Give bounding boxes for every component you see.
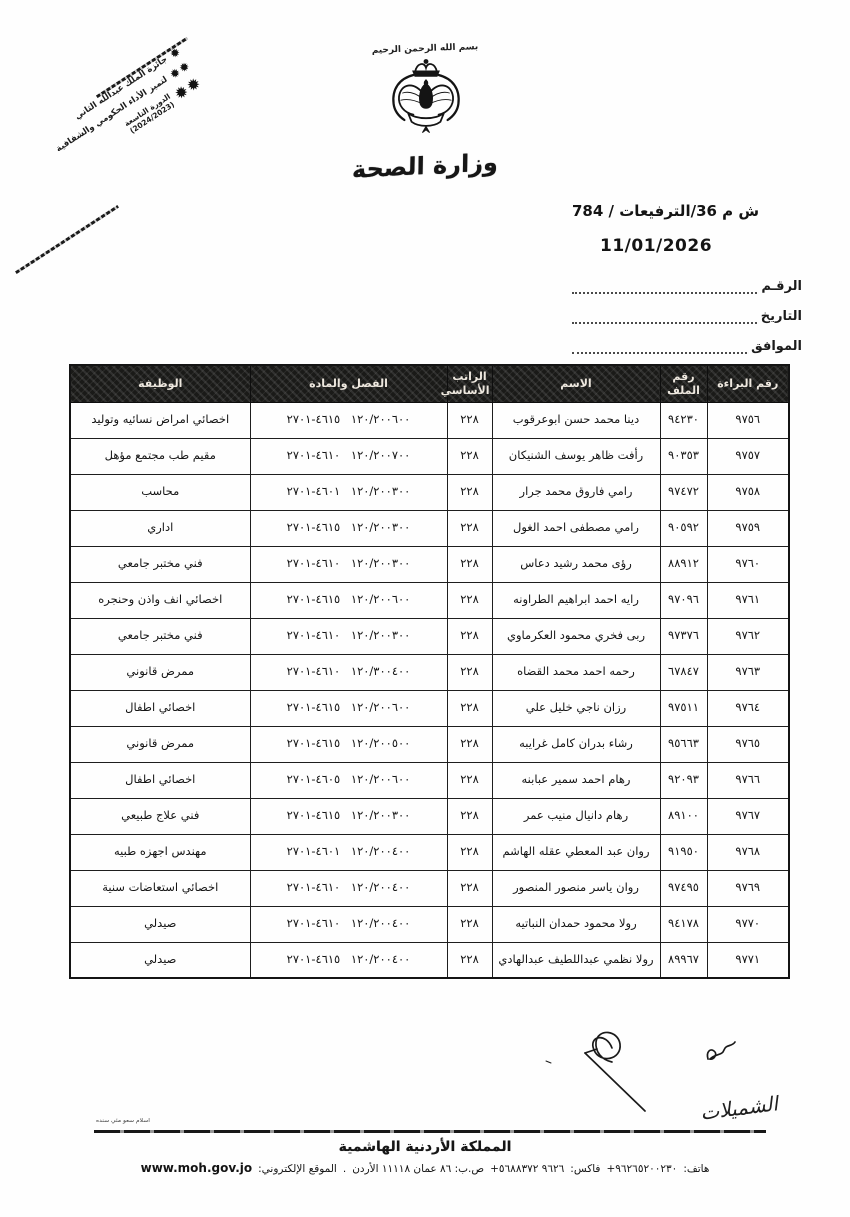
- serial-cell: ٩٧٦١: [707, 582, 789, 618]
- serial-cell: ٩٧٥٨: [707, 474, 789, 510]
- table-row: ٩٧٦٢٩٧٣٧٦ربى فخري محمود العكرماوي٢٢٨١٢٠/…: [70, 618, 789, 654]
- signature-slash: [585, 1053, 645, 1111]
- serial-cell: ٩٧٦٤: [707, 690, 789, 726]
- code-cell: ١٢٠/٢٠٠٣٠٠ ٤٦٠١-٢٧٠١: [250, 474, 447, 510]
- stray-mark: [546, 1061, 551, 1063]
- salary-cell: ٢٢٨: [447, 438, 492, 474]
- stamp-line-2: لتميز الأداء الحكومي والشفافية ✹✹: [36, 58, 193, 167]
- table-row: ٩٧٥٦٩٤٢٣٠دينا محمد حسن ابوعرقوب٢٢٨١٢٠/٢٠…: [70, 402, 789, 438]
- file-cell: ٩١٩٥٠: [660, 834, 707, 870]
- tiny-margin-note: اسلام سعو مئي سنده: [96, 1117, 150, 1123]
- job-cell: اداري: [70, 510, 250, 546]
- code-cell: ١٢٠/٢٠٠٧٠٠ ٤٦١٠-٢٧٠١: [250, 438, 447, 474]
- salary-cell: ٢٢٨: [447, 726, 492, 762]
- name-cell: رشاء بدران كامل غرايبه: [492, 726, 660, 762]
- website-url: www.moh.gov.jo: [141, 1161, 253, 1175]
- serial-cell: ٩٧٦٠: [707, 546, 789, 582]
- code-cell: ١٢٠/٢٠٠٣٠٠ ٤٦١٥-٢٧٠١: [250, 510, 447, 546]
- website-label: الموقع الإلكتروني:: [258, 1163, 337, 1175]
- salary-cell: ٢٢٨: [447, 510, 492, 546]
- kingdom-title: المملكة الأردنية الهاشمية: [0, 1139, 850, 1155]
- table-row: ٩٧٦٦٩٢٠٩٣رهام احمد سمير عبابنه٢٢٨١٢٠/٢٠٠…: [70, 762, 789, 798]
- footer-contact-line: هاتف: +٩٦٢٦٥٢٠٠٢٣٠ فاكس: +٩٦٢٦ ٥٦٨٨٣٧٢ ص…: [0, 1161, 850, 1175]
- file-cell: ٩٤١٧٨: [660, 906, 707, 942]
- bismillah-calligraphy: بسم الله الرحمن الرحيم: [355, 42, 495, 57]
- column-header-serial: رقم البراءة: [707, 365, 789, 402]
- corresponding-field-label: الموافق: [747, 339, 802, 354]
- salary-cell: ٢٢٨: [447, 690, 492, 726]
- job-cell: فني مختبر جامعي: [70, 618, 250, 654]
- name-cell: رؤى محمد رشيد دعاس: [492, 546, 660, 582]
- job-cell: فني مختبر جامعي: [70, 546, 250, 582]
- file-cell: ٩٧٤٩٥: [660, 870, 707, 906]
- date-field-row: التاريخ: [572, 302, 802, 324]
- code-cell: ١٢٠/٢٠٠٦٠٠ ٤٦١٥-٢٧٠١: [250, 690, 447, 726]
- name-cell: روان ياسر منصور المنصور: [492, 870, 660, 906]
- fax-label: فاكس:: [570, 1163, 600, 1175]
- file-cell: ٩٥٦٦٣: [660, 726, 707, 762]
- job-cell: اخصائي انف واذن وحنجره: [70, 582, 250, 618]
- stamp-diagonal-line-bottom: [15, 205, 119, 274]
- salary-cell: ٢٢٨: [447, 870, 492, 906]
- king-abdullah-award-stamp: جائزة الملك عبدالله الثاني ✹ لتميز الأدا…: [27, 44, 207, 188]
- code-cell: ١٢٠/٢٠٠٤٠٠ ٤٦٠١-٢٧٠١: [250, 834, 447, 870]
- salary-cell: ٢٢٨: [447, 546, 492, 582]
- file-cell: ٩٧٤٧٢: [660, 474, 707, 510]
- table-row: ٩٧٧١٨٩٩٦٧رولا نظمي عبداللطيف عبدالهادي٢٢…: [70, 942, 789, 978]
- job-cell: اخصائي اطفال: [70, 762, 250, 798]
- salary-cell: ٢٢٨: [447, 834, 492, 870]
- name-cell: رامي مصطفى احمد الغول: [492, 510, 660, 546]
- file-cell: ٩٠٣٥٣: [660, 438, 707, 474]
- table-row: ٩٧٦٤٩٧٥١١رزان ناجي خليل علي٢٢٨١٢٠/٢٠٠٦٠٠…: [70, 690, 789, 726]
- date-field-dotted-line: [572, 309, 757, 324]
- name-cell: دينا محمد حسن ابوعرقوب: [492, 402, 660, 438]
- salary-cell: ٢٢٨: [447, 906, 492, 942]
- pobox-text: ص.ب: ٨٦ عمان ١١١١٨ الأردن: [352, 1163, 484, 1175]
- code-cell: ١٢٠/٢٠٠٤٠٠ ٤٦١٠-٢٧٠١: [250, 870, 447, 906]
- name-cell: رهام احمد سمير عبابنه: [492, 762, 660, 798]
- number-field-row: الرقـم: [572, 272, 802, 294]
- signature-scribble-small: [707, 1042, 735, 1059]
- serial-cell: ٩٧٦٧: [707, 798, 789, 834]
- phone-label: هاتف:: [683, 1163, 709, 1175]
- column-header-file: رقم الملف: [660, 365, 707, 402]
- serial-cell: ٩٧٥٩: [707, 510, 789, 546]
- code-cell: ١٢٠/٢٠٠٣٠٠ ٤٦١٥-٢٧٠١: [250, 798, 447, 834]
- table-header-row: رقم البراءةرقم الملفالاسمالراتب الأساسيا…: [70, 365, 789, 402]
- column-header-code: الفصل والمادة: [250, 365, 447, 402]
- column-header-job: الوظيفة: [70, 365, 250, 402]
- file-cell: ٩٧٠٩٦: [660, 582, 707, 618]
- table-row: ٩٧٦٥٩٥٦٦٣رشاء بدران كامل غرايبه٢٢٨١٢٠/٢٠…: [70, 726, 789, 762]
- code-cell: ١٢٠/٢٠٠٦٠٠ ٤٦١٥-٢٧٠١: [250, 402, 447, 438]
- file-cell: ٦٧٨٤٧: [660, 654, 707, 690]
- name-cell: رحمه احمد محمد القضاه: [492, 654, 660, 690]
- name-cell: رولا محمود حمدان النباتيه: [492, 906, 660, 942]
- table-row: ٩٧٦٧٨٩١٠٠رهام دانيال منيب عمر٢٢٨١٢٠/٢٠٠٣…: [70, 798, 789, 834]
- salary-cell: ٢٢٨: [447, 654, 492, 690]
- table-row: ٩٧٥٩٩٠٥٩٢رامي مصطفى احمد الغول٢٢٨١٢٠/٢٠٠…: [70, 510, 789, 546]
- corresponding-field-row: الموافق: [572, 332, 802, 354]
- phone-number: +٩٦٢٦٥٢٠٠٢٣٠: [606, 1163, 677, 1175]
- separator-dot: .: [343, 1163, 346, 1175]
- table-row: ٩٧٦٣٦٧٨٤٧رحمه احمد محمد القضاه٢٢٨١٢٠/٣٠٠…: [70, 654, 789, 690]
- name-cell: ربى فخري محمود العكرماوي: [492, 618, 660, 654]
- serial-cell: ٩٧٦٩: [707, 870, 789, 906]
- serial-cell: ٩٧٦٥: [707, 726, 789, 762]
- serial-cell: ٩٧٥٧: [707, 438, 789, 474]
- reference-fields: الرقـم التاريخ الموافق: [572, 272, 802, 354]
- table-row: ٩٧٦٩٩٧٤٩٥روان ياسر منصور المنصور٢٢٨١٢٠/٢…: [70, 870, 789, 906]
- job-cell: مهندس اجهزه طبيه: [70, 834, 250, 870]
- reference-date: 11/01/2026: [600, 236, 712, 256]
- file-cell: ٨٩٩٦٧: [660, 942, 707, 978]
- code-cell: ١٢٠/٢٠٠٤٠٠ ٤٦١٠-٢٧٠١: [250, 906, 447, 942]
- serial-cell: ٩٧٥٦: [707, 402, 789, 438]
- number-field-dotted-line: [572, 279, 757, 294]
- reference-number-line: ش م 36/الترفيعات / 784: [572, 202, 802, 220]
- job-cell: فني علاج طبيعي: [70, 798, 250, 834]
- name-cell: رزان ناجي خليل علي: [492, 690, 660, 726]
- job-cell: صيدلي: [70, 906, 250, 942]
- column-header-name: الاسم: [492, 365, 660, 402]
- corresponding-field-dotted-line: [572, 339, 747, 354]
- ministry-of-health-calligraphy: وزارة الصحة: [350, 148, 500, 184]
- table-row: ٩٧٧٠٩٤١٧٨رولا محمود حمدان النباتيه٢٢٨١٢٠…: [70, 906, 789, 942]
- serial-cell: ٩٧٦٦: [707, 762, 789, 798]
- signature-scribble-main: [593, 1032, 620, 1062]
- salary-cell: ٢٢٨: [447, 402, 492, 438]
- name-cell: رامي فاروق محمد جرار: [492, 474, 660, 510]
- footer-rule: [94, 1130, 766, 1133]
- code-cell: ١٢٠/٢٠٠٥٠٠ ٤٦١٥-٢٧٠١: [250, 726, 447, 762]
- job-cell: صيدلي: [70, 942, 250, 978]
- file-cell: ٩٢٠٩٣: [660, 762, 707, 798]
- column-header-salary: الراتب الأساسي: [447, 365, 492, 402]
- name-cell: رهام دانيال منيب عمر: [492, 798, 660, 834]
- job-cell: اخصائي استعاضات سنية: [70, 870, 250, 906]
- code-cell: ١٢٠/٢٠٠٣٠٠ ٤٦١٠-٢٧٠١: [250, 618, 447, 654]
- job-cell: محاسب: [70, 474, 250, 510]
- table-row: ٩٧٥٨٩٧٤٧٢رامي فاروق محمد جرار٢٢٨١٢٠/٢٠٠٣…: [70, 474, 789, 510]
- table-row: ٩٧٦١٩٧٠٩٦رايه احمد ابراهيم الطراونه٢٢٨١٢…: [70, 582, 789, 618]
- scanned-document-page: جائزة الملك عبدالله الثاني ✹ لتميز الأدا…: [0, 0, 850, 1217]
- salary-cell: ٢٢٨: [447, 798, 492, 834]
- fax-number: +٩٦٢٦ ٥٦٨٨٣٧٢: [490, 1163, 564, 1175]
- name-cell: رولا نظمي عبداللطيف عبدالهادي: [492, 942, 660, 978]
- promotions-table: رقم البراءةرقم الملفالاسمالراتب الأساسيا…: [69, 364, 790, 979]
- salary-cell: ٢٢٨: [447, 618, 492, 654]
- job-cell: اخصائي امراض نسائيه وتوليد: [70, 402, 250, 438]
- job-cell: مقيم طب مجتمع مؤهل: [70, 438, 250, 474]
- code-cell: ١٢٠/٢٠٠٣٠٠ ٤٦١٠-٢٧٠١: [250, 546, 447, 582]
- promotion-table-body: ٩٧٥٦٩٤٢٣٠دينا محمد حسن ابوعرقوب٢٢٨١٢٠/٢٠…: [70, 402, 789, 978]
- name-cell: رأفت ظاهر يوسف الشنيكان: [492, 438, 660, 474]
- table-row: ٩٧٥٧٩٠٣٥٣رأفت ظاهر يوسف الشنيكان٢٢٨١٢٠/٢…: [70, 438, 789, 474]
- salary-cell: ٢٢٨: [447, 582, 492, 618]
- name-cell: روان عبد المعطي عقله الهاشم: [492, 834, 660, 870]
- job-cell: ممرض قانوني: [70, 726, 250, 762]
- serial-cell: ٩٧٦٢: [707, 618, 789, 654]
- file-cell: ٨٩١٠٠: [660, 798, 707, 834]
- code-cell: ١٢٠/٢٠٠٦٠٠ ٤٦٠٥-٢٧٠١: [250, 762, 447, 798]
- serial-cell: ٩٧٦٨: [707, 834, 789, 870]
- file-cell: ٩٧٣٧٦: [660, 618, 707, 654]
- code-cell: ١٢٠/٢٠٠٦٠٠ ٤٦١٥-٢٧٠١: [250, 582, 447, 618]
- number-field-label: الرقـم: [757, 279, 802, 294]
- code-cell: ١٢٠/٣٠٠٤٠٠ ٤٦١٠-٢٧٠١: [250, 654, 447, 690]
- table-row: ٩٧٦٨٩١٩٥٠روان عبد المعطي عقله الهاشم٢٢٨١…: [70, 834, 789, 870]
- code-cell: ١٢٠/٢٠٠٤٠٠ ٤٦١٥-٢٧٠١: [250, 942, 447, 978]
- salary-cell: ٢٢٨: [447, 474, 492, 510]
- serial-cell: ٩٧٦٣: [707, 654, 789, 690]
- file-cell: ٩٠٥٩٢: [660, 510, 707, 546]
- file-cell: ٩٤٢٣٠: [660, 402, 707, 438]
- name-cell: رايه احمد ابراهيم الطراونه: [492, 582, 660, 618]
- serial-cell: ٩٧٧٠: [707, 906, 789, 942]
- date-field-label: التاريخ: [757, 309, 802, 324]
- reference-block: ش م 36/الترفيعات / 784 11/01/2026 الرقـم…: [572, 202, 802, 362]
- table-row: ٩٧٦٠٨٨٩١٢رؤى محمد رشيد دعاس٢٢٨١٢٠/٢٠٠٣٠٠…: [70, 546, 789, 582]
- jordan-coat-of-arms: [381, 56, 471, 152]
- job-cell: اخصائي اطفال: [70, 690, 250, 726]
- salary-cell: ٢٢٨: [447, 762, 492, 798]
- serial-cell: ٩٧٧١: [707, 942, 789, 978]
- salary-cell: ٢٢٨: [447, 942, 492, 978]
- file-cell: ٩٧٥١١: [660, 690, 707, 726]
- job-cell: ممرض قانوني: [70, 654, 250, 690]
- file-cell: ٨٨٩١٢: [660, 546, 707, 582]
